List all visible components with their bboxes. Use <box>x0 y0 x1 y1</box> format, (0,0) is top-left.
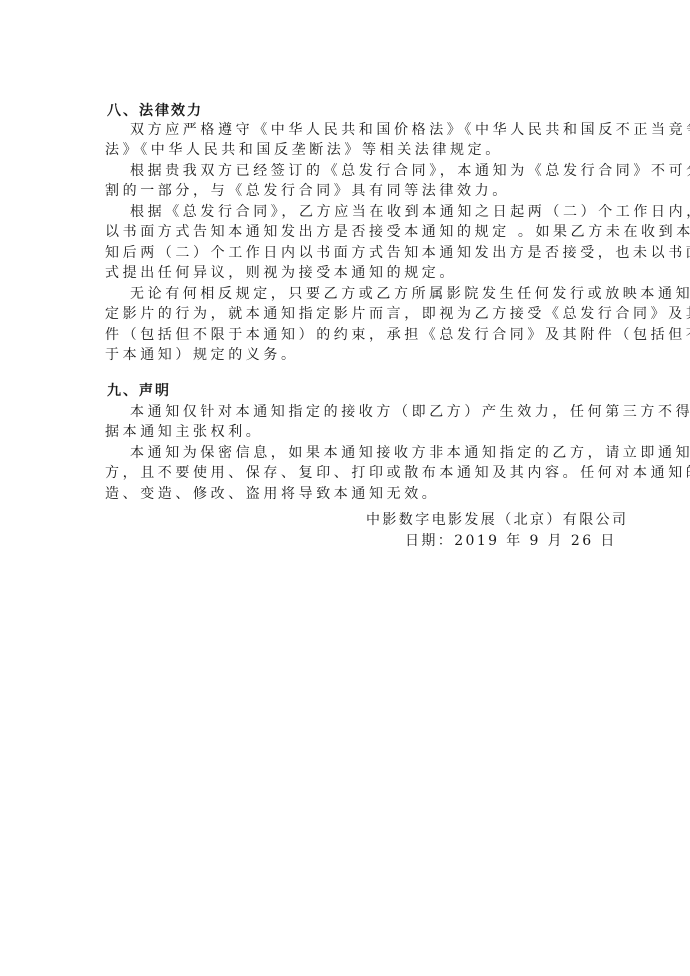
paragraph-line: 以书面方式告知本通知发出方是否接受本通知的规定 。如果乙方未在收到本通 <box>105 223 690 241</box>
paragraph-line: 于本通知）规定的义务。 <box>105 346 299 364</box>
paragraph-line: 割的一部分，与《总发行合同》具有同等法律效力。 <box>105 182 510 200</box>
paragraph-line: 双方应严格遵守《中华人民共和国价格法》《中华人民共和国反不正当竞争 <box>130 121 690 139</box>
paragraph-line: 根据《总发行合同》，乙方应当在收到本通知之日起两（二）个工作日内， <box>130 203 690 221</box>
paragraph-line: 式提出任何异议，则视为接受本通知的规定。 <box>105 264 457 282</box>
paragraph-line: 根据贵我双方已经签订的《总发行合同》，本通知为《总发行合同》不可分 <box>130 162 690 180</box>
paragraph-line: 方，且不要使用、保存、复印、打印或散布本通知及其内容。任何对本通知的伪 <box>105 464 690 482</box>
signature-company: 中影数字电影发展（北京）有限公司 <box>366 511 628 529</box>
paragraph-line: 造、变造、修改、盗用将导致本通知无效。 <box>105 485 439 503</box>
paragraph-line: 件（包括但不限于本通知）的约束，承担《总发行合同》及其附件（包括但不限 <box>105 326 690 344</box>
document-page: 八、法律效力 双方应严格遵守《中华人民共和国价格法》《中华人民共和国反不正当竞争… <box>0 0 690 976</box>
section-heading-legal-effect: 八、法律效力 <box>107 102 203 120</box>
paragraph-line: 知后两（二）个工作日内以书面方式告知本通知发出方是否接受，也未以书面方 <box>105 244 690 262</box>
signature-date: 日期：2019 年 9 月 26 日 <box>405 532 617 550</box>
paragraph-line: 法》《中华人民共和国反垄断法》等相关法律规定。 <box>105 141 503 159</box>
paragraph-line: 据本通知主张权利。 <box>105 423 263 441</box>
paragraph-line: 定影片的行为，就本通知指定影片而言，即视为乙方接受《总发行合同》及其附 <box>105 305 690 323</box>
paragraph-line: 本通知仅针对本通知指定的接收方（即乙方）产生效力，任何第三方不得依 <box>130 403 690 421</box>
paragraph-line: 本通知为保密信息，如果本通知接收方非本通知指定的乙方，请立即通知乙 <box>130 444 690 462</box>
section-heading-declaration: 九、声明 <box>107 382 171 400</box>
paragraph-line: 无论有何相反规定，只要乙方或乙方所属影院发生任何发行或放映本通知指 <box>130 285 690 303</box>
